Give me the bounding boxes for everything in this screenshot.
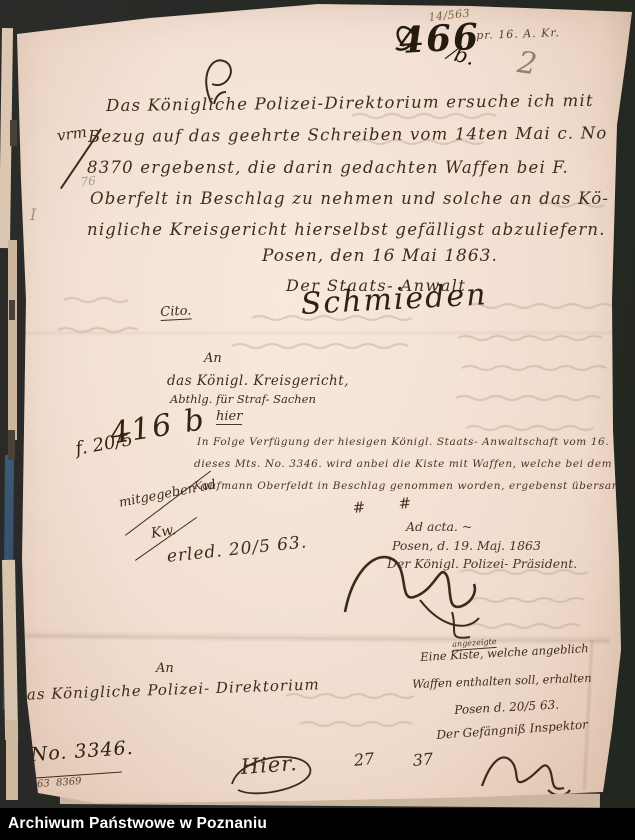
torn-edge-dark-bit [10,120,17,146]
torn-edge-strip [6,720,18,800]
archive-caption-bar: Archiwum Państwowe w Poznaniu [0,808,635,840]
torn-edge-dark-bit [9,300,15,320]
torn-edge-dark-bit [8,430,15,460]
torn-edge-strip [2,560,18,740]
document-page: 14/563 466 ⁄b. pr. 16. A. Kr. 2 I 76 vrm… [0,0,635,840]
flourish-oval [232,757,310,793]
bottom-count: 27 [353,750,375,770]
archive-name-label: Archiwum Państwowe w Poznaniu [8,815,267,833]
archival-scan: 14/563 466 ⁄b. pr. 16. A. Kr. 2 I 76 vrm… [0,0,635,840]
here-mark-flourish [0,0,635,840]
torn-edge-strip [8,240,17,440]
